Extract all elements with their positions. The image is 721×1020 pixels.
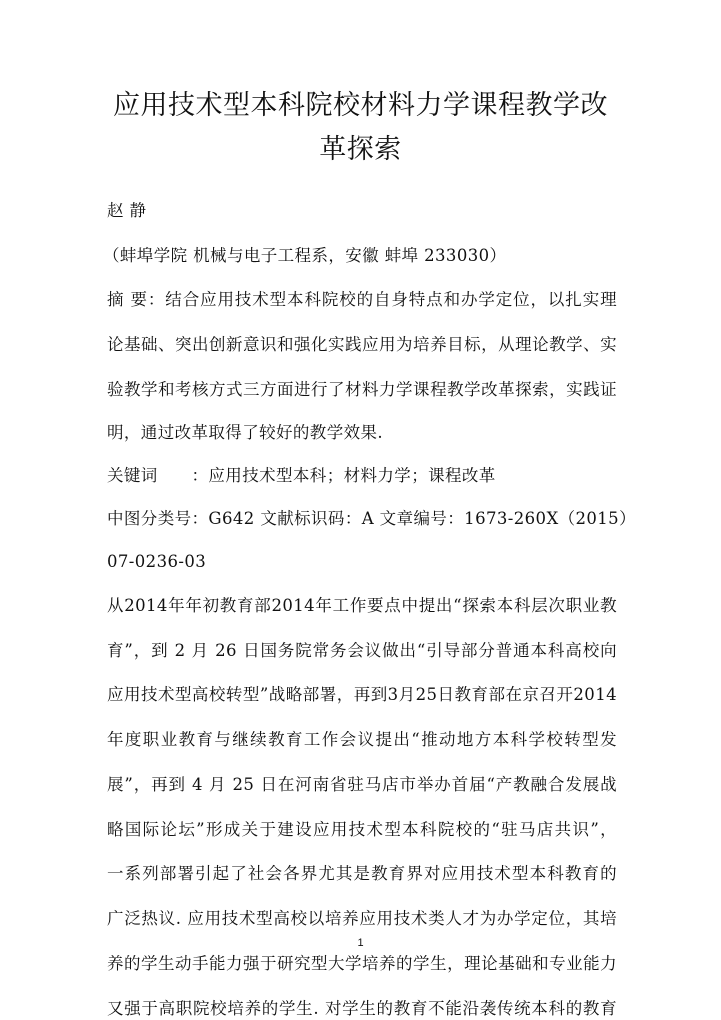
classification-line-2: 07-0236-03: [107, 552, 617, 572]
body-line-4: 年度职业教育与继续教育工作会议提出“推动地方本科学校转型发: [107, 730, 617, 750]
title-line-2: 革探索: [105, 128, 616, 172]
abstract-line-1: 摘 要：结合应用技术型本科院校的自身特点和办学定位，以扎实理: [107, 290, 617, 310]
keywords: 关键词 ：应用技术型本科；材料力学；课程改革: [107, 466, 617, 486]
author-name: 赵 静: [107, 201, 617, 221]
abstract-line-2: 论基础、突出创新意识和强化实践应用为培养目标，从理论教学、实: [107, 335, 617, 355]
page-number: 1: [0, 937, 721, 949]
body-line-5: 展”，再到 4 月 25 日在河南省驻马店市举办首届“产教融合发展战: [107, 775, 617, 795]
author-affiliation: （蚌埠学院 机械与电子工程系，安徽 蚌埠 233030）: [103, 246, 613, 266]
document-page: 应用技术型本科院校材料力学课程教学改 革探索 赵 静 （蚌埠学院 机械与电子工程…: [0, 0, 721, 1020]
body-line-1: 从2014年年初教育部2014年工作要点中提出“探索本科层次职业教: [107, 596, 617, 616]
document-title: 应用技术型本科院校材料力学课程教学改 革探索: [105, 84, 616, 172]
classification-line-1: 中图分类号：G642 文献标识码：A 文章编号：1673-260X（2015）: [107, 509, 617, 529]
title-line-1: 应用技术型本科院校材料力学课程教学改: [105, 84, 616, 128]
abstract-line-4: 明，通过改革取得了较好的教学效果.: [107, 423, 617, 443]
body-line-3: 应用技术型高校转型”战略部署，再到3月25日教育部在京召开2014: [107, 685, 617, 705]
body-line-2: 育”，到 2 月 26 日国务院常务会议做出“引导部分普通本科高校向: [107, 641, 617, 661]
body-line-8: 广泛热议. 应用技术型高校以培养应用技术类人才为办学定位，其培: [107, 909, 617, 929]
body-line-7: 一系列部署引起了社会各界尤其是教育界对应用技术型本科教育的: [107, 864, 617, 884]
body-line-10: 又强于高职院校培养的学生. 对学生的教育不能沿袭传统本科的教育: [107, 999, 617, 1019]
abstract-line-3: 验教学和考核方式三方面进行了材料力学课程教学改革探索，实践证: [107, 380, 617, 400]
body-line-9: 养的学生动手能力强于研究型大学培养的学生，理论基础和专业能力: [107, 954, 617, 974]
body-line-6: 略国际论坛”形成关于建设应用技术型本科院校的“驻马店共识”，: [107, 820, 617, 840]
